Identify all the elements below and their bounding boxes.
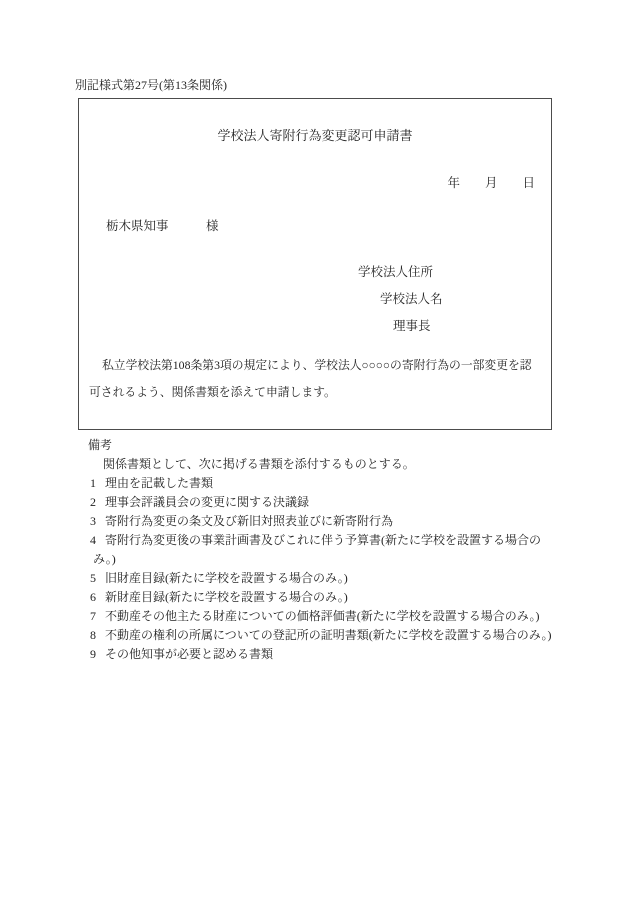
remarks-item-text: 理由を記載した書類 [105,474,566,493]
remarks-item-7: 7 不動産その他主たる財産についての価格評価書(新たに学校を設置する場合のみ。) [88,607,566,626]
remarks-item-2: 2 理事会評議員会の変更に関する決議録 [88,493,566,512]
remarks-item-text: 旧財産目録(新たに学校を設置する場合のみ。) [105,569,566,588]
remarks-item-6: 6 新財産目録(新たに学校を設置する場合のみ。) [88,588,566,607]
form-title: 学校法人寄附行為変更認可申請書 [79,125,551,144]
remarks-item-number: 1 [90,474,105,493]
remarks-item-9: 9 その他知事が必要と認める書類 [88,645,566,664]
remarks-item-number: 4 [90,531,105,550]
remarks-item-4: 4 寄附行為変更後の事業計画書及びこれに伴う予算書(新たに学校を設置する場合の [88,531,566,550]
remarks-item-5: 5 旧財産目録(新たに学校を設置する場合のみ。) [88,569,566,588]
remarks-item-number: 7 [90,607,105,626]
remarks-item-text: 新財産目録(新たに学校を設置する場合のみ。) [105,588,566,607]
remarks-item-number: 2 [90,493,105,512]
remarks-item-4-continuation: み。) [88,550,566,569]
remarks-label: 備考 [88,436,566,455]
remarks-item-text: 不動産の権利の所属についての登記所の証明書類(新たに学校を設置する場合のみ。) [105,626,566,645]
remarks-item-text: 寄附行為変更の条文及び新旧対照表並びに新寄附行為 [105,512,566,531]
addressee-line: 栃木県知事 様 [106,216,219,234]
remarks-item-number: 9 [90,645,105,664]
remarks-intro: 関係書類として、次に掲げる書類を添付するものとする。 [88,455,566,474]
applicant-chairman-label: 理事長 [393,316,431,334]
applicant-address-label: 学校法人住所 [358,262,433,280]
remarks-item-number: 3 [90,512,105,531]
application-form-box: 学校法人寄附行為変更認可申請書 年 月 日 栃木県知事 様 学校法人住所 学校法… [78,98,552,430]
remarks-item-text: 寄附行為変更後の事業計画書及びこれに伴う予算書(新たに学校を設置する場合の [105,531,566,550]
body-text-line-2: 可されるよう、関係書類を添えて申請します。 [89,383,336,400]
body-text-line-1: 私立学校法第108条第3項の規定により、学校法人○○○○の寄附行為の一部変更を認 [89,356,532,373]
remarks-section: 備考 関係書類として、次に掲げる書類を添付するものとする。 1 理由を記載した書… [88,436,566,664]
remarks-item-number: 8 [90,626,105,645]
remarks-item-8: 8 不動産の権利の所属についての登記所の証明書類(新たに学校を設置する場合のみ。… [88,626,566,645]
remarks-item-1: 1 理由を記載した書類 [88,474,566,493]
date-line: 年 月 日 [447,173,535,191]
remarks-item-number: 6 [90,588,105,607]
document-page: 別記様式第27号(第13条関係) 学校法人寄附行為変更認可申請書 年 月 日 栃… [0,0,630,903]
remarks-item-number: 5 [90,569,105,588]
form-number-label: 別記様式第27号(第13条関係) [75,76,227,93]
remarks-item-text: 理事会評議員会の変更に関する決議録 [105,493,566,512]
applicant-name-label: 学校法人名 [380,289,443,307]
remarks-item-text: その他知事が必要と認める書類 [105,645,566,664]
remarks-item-text: 不動産その他主たる財産についての価格評価書(新たに学校を設置する場合のみ。) [105,607,566,626]
remarks-item-3: 3 寄附行為変更の条文及び新旧対照表並びに新寄附行為 [88,512,566,531]
